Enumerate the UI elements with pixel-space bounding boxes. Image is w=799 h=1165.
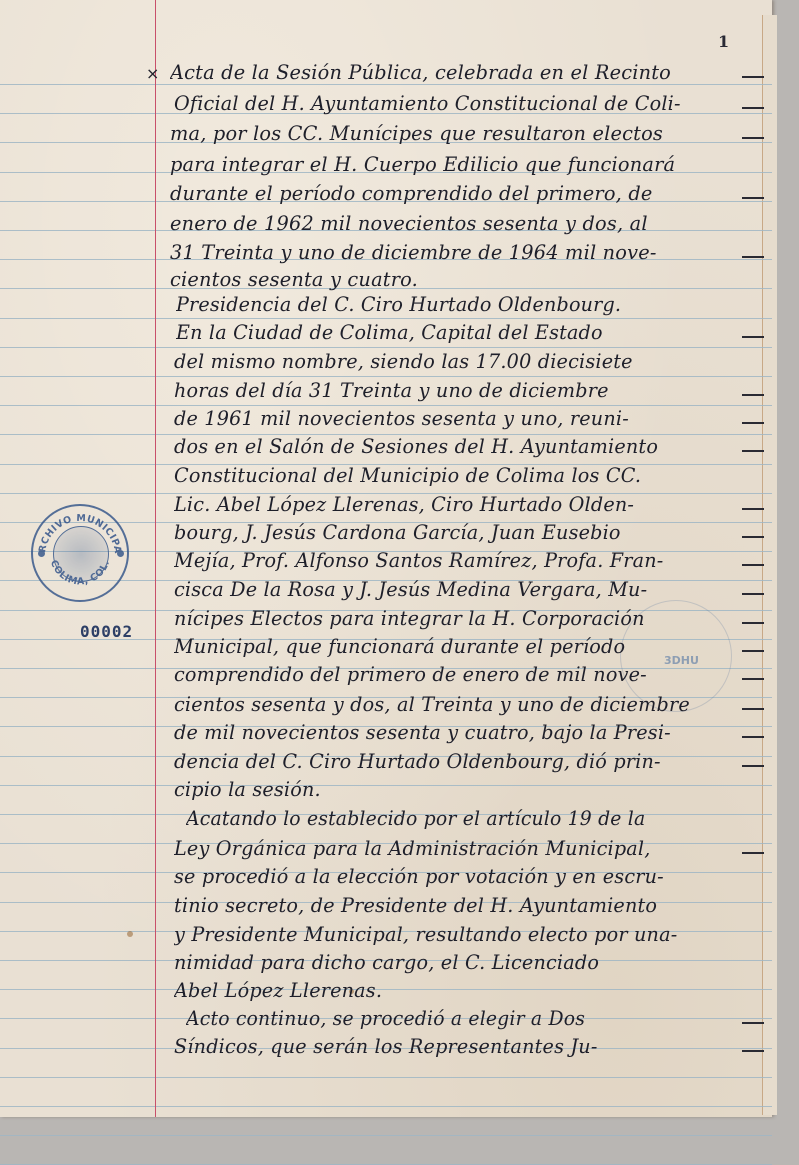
handwritten-line: cisca De la Rosa y J. Jesús Medina Verga…: [174, 577, 742, 601]
line-fill-dash: [742, 1050, 764, 1052]
handwritten-line: Mejía, Prof. Alfonso Santos Ramírez, Pro…: [174, 548, 742, 572]
rule-line: [0, 376, 772, 377]
ink-stain: [127, 931, 133, 937]
document-page: 1 × ARCHIVO MUNICIPAL COLIMA, COL. 00002…: [0, 0, 772, 1117]
rule-line: [0, 1106, 772, 1107]
line-fill-dash: [742, 107, 764, 109]
handwritten-line: dencia del C. Ciro Hurtado Oldenbourg, d…: [174, 749, 742, 773]
line-fill-dash: [742, 593, 764, 595]
line-fill-dash: [742, 736, 764, 738]
line-fill-dash: [742, 394, 764, 396]
handwritten-line: Constitucional del Municipio de Colima l…: [174, 463, 742, 487]
archivo-municipal-stamp: ARCHIVO MUNICIPAL COLIMA, COL.: [31, 504, 129, 602]
line-fill-dash: [742, 708, 764, 710]
handwritten-line: nícipes Electos para integrar la H. Corp…: [174, 606, 742, 630]
line-fill-dash: [742, 852, 764, 854]
line-fill-dash: [742, 1022, 764, 1024]
handwritten-line: durante el período comprendido del prime…: [170, 181, 742, 205]
handwritten-line: 31 Treinta y uno de diciembre de 1964 mi…: [170, 240, 742, 264]
handwritten-line: y Presidente Municipal, resultando elect…: [174, 922, 742, 946]
stamp-star-icon: [117, 550, 124, 557]
handwritten-line: Acta de la Sesión Pública, celebrada en …: [170, 60, 742, 84]
handwritten-line: Municipal, que funcionará durante el per…: [174, 634, 742, 658]
folio-number: 00002: [80, 622, 133, 641]
line-fill-dash: [742, 137, 764, 139]
line-fill-dash: [742, 197, 764, 199]
handwritten-line: Síndicos, que serán los Representantes J…: [174, 1034, 742, 1058]
handwritten-line: comprendido del primero de enero de mil …: [174, 662, 742, 686]
line-fill-dash: [742, 622, 764, 624]
line-fill-dash: [742, 564, 764, 566]
rule-line: [0, 347, 772, 348]
handwritten-line: ma, por los CC. Munícipes que resultaron…: [170, 121, 742, 145]
line-fill-dash: [742, 422, 764, 424]
handwritten-line: nimidad para dicho cargo, el C. Licencia…: [174, 950, 742, 974]
handwritten-line: cientos sesenta y cuatro.: [170, 267, 742, 291]
handwritten-line: tinio secreto, de Presidente del H. Ayun…: [174, 893, 742, 917]
handwritten-line: de mil novecientos sesenta y cuatro, baj…: [174, 720, 742, 744]
handwritten-line: dos en el Salón de Sesiones del H. Ayunt…: [174, 434, 742, 458]
handwritten-line: Oficial del H. Ayuntamiento Constitucion…: [174, 91, 742, 115]
handwritten-line: Ley Orgánica para la Administración Muni…: [174, 836, 742, 860]
handwritten-line: Acto continuo, se procedió a elegir a Do…: [186, 1006, 742, 1030]
handwritten-line: En la Ciudad de Colima, Capital del Esta…: [176, 320, 742, 344]
handwritten-line: Lic. Abel López Llerenas, Ciro Hurtado O…: [174, 492, 742, 516]
line-fill-dash: [742, 256, 764, 258]
handwritten-line: horas del día 31 Treinta y uno de diciem…: [174, 378, 742, 402]
stamp-star-icon: [38, 550, 45, 557]
stamp-emblem-icon: [53, 526, 109, 582]
margin-x-mark: ×: [146, 64, 159, 83]
handwritten-line: Presidencia del C. Ciro Hurtado Oldenbou…: [176, 292, 742, 316]
line-fill-dash: [742, 650, 764, 652]
page-number: 1: [718, 32, 729, 51]
handwritten-line: para integrar el H. Cuerpo Edilicio que …: [170, 152, 742, 176]
line-fill-dash: [742, 336, 764, 338]
handwritten-line: del mismo nombre, siendo las 17.00 dieci…: [174, 349, 742, 373]
rule-line: [0, 318, 772, 319]
line-fill-dash: [742, 76, 764, 78]
line-fill-dash: [742, 508, 764, 510]
handwritten-line: Abel López Llerenas.: [174, 978, 742, 1002]
handwritten-line: de 1961 mil novecientos sesenta y uno, r…: [174, 406, 742, 430]
margin-line: [155, 0, 156, 1117]
handwritten-line: bourg, J. Jesús Cardona García, Juan Eus…: [174, 520, 742, 544]
line-fill-dash: [742, 450, 764, 452]
handwritten-line: Acatando lo establecido por el artículo …: [186, 806, 742, 830]
handwritten-line: cientos sesenta y dos, al Treinta y uno …: [174, 692, 742, 716]
line-fill-dash: [742, 765, 764, 767]
handwritten-line: cipio la sesión.: [174, 777, 742, 801]
handwritten-line: se procedió a la elección por votación y…: [174, 864, 742, 888]
rule-line: [0, 84, 772, 85]
page-edge: [762, 15, 777, 1115]
line-fill-dash: [742, 678, 764, 680]
handwritten-line: enero de 1962 mil novecientos sesenta y …: [170, 211, 742, 235]
rule-line: [0, 1077, 772, 1078]
line-fill-dash: [742, 536, 764, 538]
